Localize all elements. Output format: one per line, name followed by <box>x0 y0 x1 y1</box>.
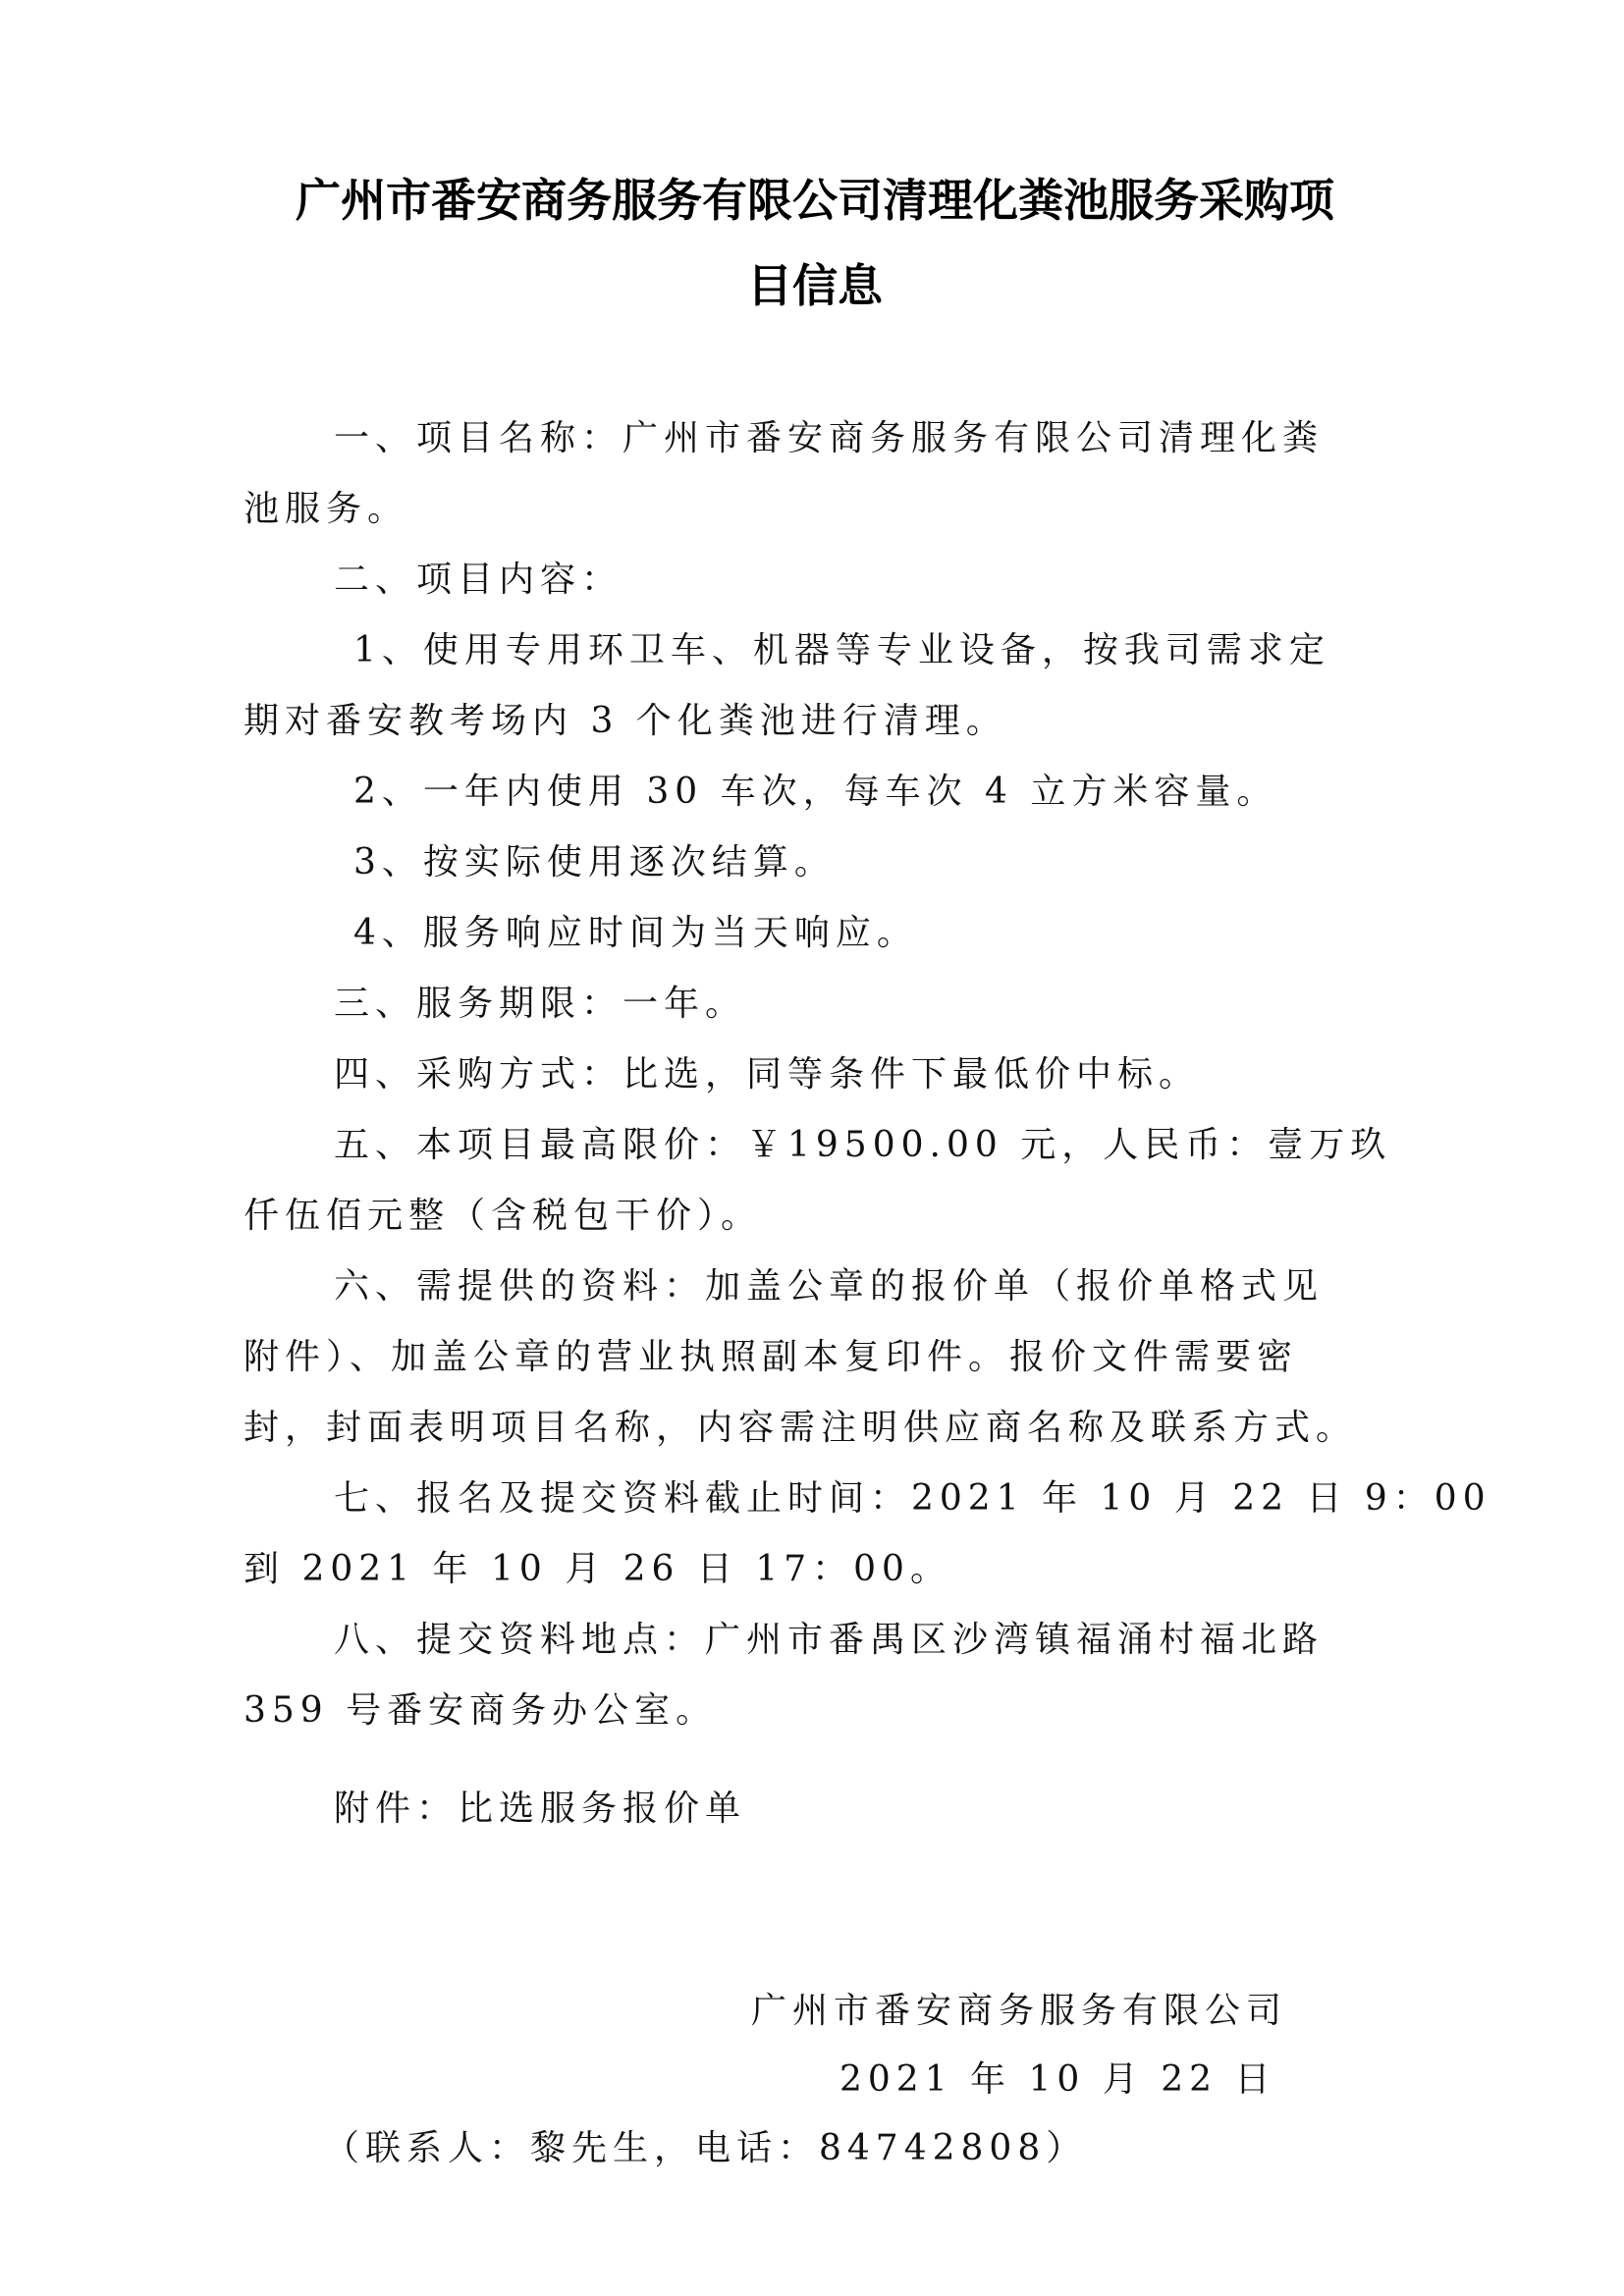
section-3-service-period: 三、服务期限：一年。 <box>334 983 746 1026</box>
section-2-item-3: 3、按实际使用逐次结算。 <box>353 841 836 884</box>
section-8-submission-location: 八、提交资料地点：广州市番禺区沙湾镇福涌村福北路 <box>334 1619 1324 1662</box>
section-1-project-name-cont: 池服务。 <box>244 488 408 531</box>
section-5-max-price: 五、本项目最高限价：￥19500.00 元，人民币：壹万玖 <box>334 1124 1391 1167</box>
section-8-submission-location-cont: 359 号番安商务办公室。 <box>244 1689 717 1733</box>
section-1-project-name: 一、项目名称：广州市番安商务服务有限公司清理化粪 <box>334 417 1324 460</box>
section-2-item-1-cont: 期对番安教考场内 3 个化粪池进行清理。 <box>244 700 1007 743</box>
attachment-note: 附件：比选服务报价单 <box>334 1788 746 1831</box>
contact-info: （联系人：黎先生，电话：84742808） <box>324 2127 1087 2170</box>
section-6-required-materials: 六、需提供的资料：加盖公章的报价单（报价单格式见 <box>334 1265 1324 1308</box>
section-2-item-4: 4、服务响应时间为当天响应。 <box>353 912 918 955</box>
section-6-required-materials-cont-2: 封，封面表明项目名称，内容需注明供应商名称及联系方式。 <box>244 1407 1357 1450</box>
section-4-procurement-method: 四、采购方式：比选，同等条件下最低价中标。 <box>334 1053 1200 1096</box>
section-2-item-1: 1、使用专用环卫车、机器等专业设备，按我司需求定 <box>353 629 1330 672</box>
section-5-max-price-cont: 仟伍佰元整（含税包干价）。 <box>244 1195 762 1238</box>
document-title-line-2: 目信息 <box>236 250 1394 315</box>
section-2-item-2: 2、一年内使用 30 车次，每车次 4 立方米容量。 <box>353 771 1277 814</box>
signature-date: 2021 年 10 月 22 日 <box>839 2058 1275 2102</box>
signature-company: 广州市番安商务服务有限公司 <box>751 1990 1287 2033</box>
section-7-deadline: 七、报名及提交资料截止时间：2021 年 10 月 22 日 9：00 <box>334 1477 1491 1521</box>
section-2-heading: 二、项目内容： <box>334 559 623 602</box>
section-7-deadline-cont: 到 2021 年 10 月 26 日 17：00。 <box>244 1548 951 1591</box>
document-page: 广州市番安商务服务有限公司清理化粪池服务采购项 目信息 一、项目名称：广州市番安… <box>0 0 1624 2296</box>
document-title-line-1: 广州市番安商务服务有限公司清理化粪池服务采购项 <box>236 165 1394 230</box>
section-6-required-materials-cont-1: 附件）、加盖公章的营业执照副本复印件。报价文件需要密 <box>244 1336 1298 1379</box>
